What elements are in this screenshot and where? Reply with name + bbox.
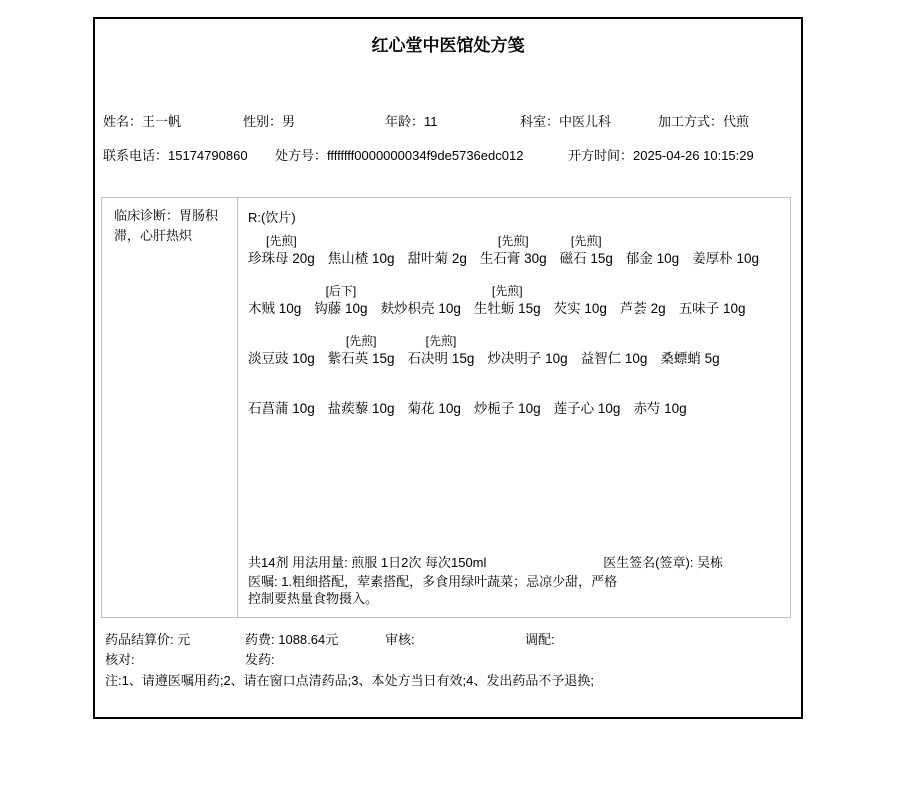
- medicine-item: 木贼 10g: [248, 284, 301, 319]
- prescription-sheet: 红心堂中医馆处方笺 姓名：王一帆性别：男年龄：11科室：中医儿科加工方式：代煎 …: [93, 17, 803, 719]
- medicine-item: 姜厚朴 10g: [692, 234, 759, 269]
- medicine-decoction-tag: [后下]: [314, 284, 367, 299]
- info-field: 开方时间：2025-04-26 10:15:29: [568, 147, 793, 164]
- footer-label: 药品结算价:: [105, 632, 174, 647]
- medicine-decoction-tag: [328, 384, 395, 399]
- footer-label: 审核:: [385, 632, 415, 647]
- usage-row: 共14剂 用法用量: 煎服 1日2次 每次150ml 医生签名(签章): 吴栋: [248, 554, 778, 572]
- medicine-name: 焦山楂 10g: [328, 249, 395, 269]
- medicine-decoction-tag: [554, 284, 607, 299]
- medicine-item: 郁金 10g: [626, 234, 679, 269]
- footer: 药品结算价: 元药费: 1088.64元审核:调配: 核对:发药: 注:1、请遵…: [95, 618, 801, 691]
- info-value: 中医儿科: [559, 114, 611, 129]
- medicine-decoction-tag: [581, 334, 648, 349]
- footer-field: 药品结算价: 元: [105, 630, 245, 650]
- patient-info: 姓名：王一帆性别：男年龄：11科室：中医儿科加工方式：代煎 联系电话：15174…: [95, 113, 801, 181]
- medicine-item: 桑螵蛸 5g: [660, 334, 719, 369]
- medicine-decoction-tag: [679, 284, 746, 299]
- medicine-decoction-tag: [248, 334, 315, 349]
- info-value: ffffffff0000000034f9de5736edc012: [327, 148, 523, 163]
- medicine-name: 桑螵蛸 5g: [660, 349, 719, 369]
- medicine-decoction-tag: [先煎]: [474, 284, 541, 299]
- medicine-item: 淡豆豉 10g: [248, 334, 315, 369]
- info-label: 加工方式：: [658, 114, 723, 129]
- info-label: 姓名：: [103, 114, 142, 129]
- info-field: 科室：中医儿科: [520, 113, 658, 130]
- medicine-decoction-tag: [554, 384, 621, 399]
- medicine-name: 钩藤 10g: [314, 299, 367, 319]
- medicine-item: [先煎]生牡蛎 15g: [474, 284, 541, 319]
- medicine-decoction-tag: [633, 384, 686, 399]
- info-field: 联系电话：15174790860: [103, 147, 275, 164]
- medicine-item: 石菖蒲 10g: [248, 384, 315, 419]
- medicine-item: 焦山楂 10g: [328, 234, 395, 269]
- spacer: [248, 428, 778, 554]
- medical-advice: 医嘱: 1.粗细搭配，荤素搭配，多食用绿叶蔬菜；忌凉少甜，严格控制要热量食物摄入…: [248, 573, 622, 607]
- footer-value: 元: [174, 632, 191, 647]
- info-field: 处方号：ffffffff0000000034f9de5736edc012: [275, 147, 568, 164]
- medicine-decoction-tag: [692, 234, 759, 249]
- medicine-item: 五味子 10g: [679, 284, 746, 319]
- medicine-name: 生牡蛎 15g: [474, 299, 541, 319]
- medicine-line-4: 石菖蒲 10g盐蒺藜 10g菊花 10g炒栀子 10g莲子心 10g赤芍 10g: [248, 384, 778, 419]
- info-label: 联系电话：: [103, 148, 168, 163]
- info-value: 2025-04-26 10:15:29: [633, 148, 754, 163]
- medicine-decoction-tag: [328, 234, 395, 249]
- medicine-item: 莲子心 10g: [554, 384, 621, 419]
- footer-value: 1088.64元: [275, 632, 339, 647]
- medicine-name: 生石膏 30g: [480, 249, 547, 269]
- medicine-decoction-tag: [381, 284, 461, 299]
- medicine-item: [先煎]石决明 15g: [408, 334, 475, 369]
- footer-field: 审核:: [385, 630, 525, 650]
- info-field: 姓名：王一帆: [103, 113, 243, 130]
- settlement-row-2: 核对:发药:: [105, 650, 791, 670]
- info-field: 年龄：11: [385, 113, 520, 130]
- info-label: 性别：: [243, 114, 282, 129]
- medicine-name: 五味子 10g: [679, 299, 746, 319]
- medicine-name: 益智仁 10g: [581, 349, 648, 369]
- medicine-name: 菊花 10g: [408, 399, 461, 419]
- rx-panel: R:(饮片) [先煎]珍珠母 20g焦山楂 10g甜叶菊 2g[先煎]生石膏 3…: [238, 198, 790, 617]
- medicine-item: 盐蒺藜 10g: [328, 384, 395, 419]
- medicine-decoction-tag: [先煎]: [408, 334, 475, 349]
- medicine-item: 炒栀子 10g: [474, 384, 541, 419]
- doctor-signature: 医生签名(签章): 吴栋: [603, 554, 778, 572]
- footer-field: 药费: 1088.64元: [245, 630, 385, 650]
- medicine-item: 炒决明子 10g: [487, 334, 567, 369]
- footer-label: 发药:: [245, 652, 275, 667]
- medicine-name: 芡实 10g: [554, 299, 607, 319]
- medicine-name: 炒栀子 10g: [474, 399, 541, 419]
- medicine-decoction-tag: [先煎]: [328, 334, 395, 349]
- medicine-item: [先煎]紫石英 15g: [328, 334, 395, 369]
- info-label: 处方号：: [275, 148, 327, 163]
- medicine-decoction-tag: [487, 334, 567, 349]
- medicine-decoction-tag: [先煎]: [480, 234, 547, 249]
- medicine-name: 芦荟 2g: [620, 299, 666, 319]
- medicine-decoction-tag: [660, 334, 719, 349]
- footer-field: 核对:: [105, 650, 245, 670]
- clinical-diagnosis: 临床诊断：胃肠积滞，心肝热炽: [102, 198, 238, 617]
- info-value: 15174790860: [168, 148, 248, 163]
- medicine-name: 紫石英 15g: [328, 349, 395, 369]
- medicine-line-3: 淡豆豉 10g[先煎]紫石英 15g[先煎]石决明 15g炒决明子 10g益智仁…: [248, 334, 778, 369]
- footer-field: 调配:: [525, 630, 555, 650]
- info-value: 王一帆: [142, 114, 181, 129]
- medicine-item: 麸炒枳壳 10g: [381, 284, 461, 319]
- medicine-decoction-tag: [248, 284, 301, 299]
- prescription-box: 临床诊断：胃肠积滞，心肝热炽 R:(饮片) [先煎]珍珠母 20g焦山楂 10g…: [101, 197, 791, 618]
- info-value: 男: [282, 114, 295, 129]
- footer-field: 发药:: [245, 650, 275, 670]
- medicine-name: 麸炒枳壳 10g: [381, 299, 461, 319]
- medicine-name: 珍珠母 20g: [248, 249, 315, 269]
- note-line: 注:1、请遵医嘱用药;2、请在窗口点清药品;3、本处方当日有效;4、发出药品不予…: [105, 671, 791, 691]
- medicine-decoction-tag: [248, 384, 315, 399]
- medicine-line-2: 木贼 10g[后下]钩藤 10g麸炒枳壳 10g[先煎]生牡蛎 15g芡实 10…: [248, 284, 778, 319]
- usage-text: 共14剂 用法用量: 煎服 1日2次 每次150ml: [248, 554, 486, 572]
- medicine-name: 磁石 15g: [560, 249, 613, 269]
- medicine-name: 淡豆豉 10g: [248, 349, 315, 369]
- rx-header: R:(饮片): [248, 208, 778, 228]
- medicine-name: 莲子心 10g: [554, 399, 621, 419]
- medicine-line-1: [先煎]珍珠母 20g焦山楂 10g甜叶菊 2g[先煎]生石膏 30g[先煎]磁…: [248, 234, 778, 269]
- info-field: 性别：男: [243, 113, 385, 130]
- info-label: 开方时间：: [568, 148, 633, 163]
- medicine-decoction-tag: [408, 234, 467, 249]
- medicine-name: 石决明 15g: [408, 349, 475, 369]
- info-value: 代煎: [723, 114, 749, 129]
- medicine-name: 赤芍 10g: [633, 399, 686, 419]
- medicine-name: 郁金 10g: [626, 249, 679, 269]
- medicine-decoction-tag: [620, 284, 666, 299]
- medicine-name: 盐蒺藜 10g: [328, 399, 395, 419]
- medicine-item: [先煎]磁石 15g: [560, 234, 613, 269]
- info-label: 年龄：: [385, 114, 424, 129]
- settlement-row-1: 药品结算价: 元药费: 1088.64元审核:调配:: [105, 630, 791, 650]
- medicine-decoction-tag: [408, 384, 461, 399]
- medicine-item: 芦荟 2g: [620, 284, 666, 319]
- medicine-item: [后下]钩藤 10g: [314, 284, 367, 319]
- medicine-name: 石菖蒲 10g: [248, 399, 315, 419]
- medicine-item: 益智仁 10g: [581, 334, 648, 369]
- medicine-decoction-tag: [474, 384, 541, 399]
- medicine-decoction-tag: [先煎]: [560, 234, 613, 249]
- info-value: 11: [424, 114, 438, 129]
- medicine-item: 菊花 10g: [408, 384, 461, 419]
- medicine-name: 甜叶菊 2g: [408, 249, 467, 269]
- medicine-item: [先煎]珍珠母 20g: [248, 234, 315, 269]
- footer-label: 调配:: [525, 632, 555, 647]
- medicine-name: 姜厚朴 10g: [692, 249, 759, 269]
- medicine-decoction-tag: [626, 234, 679, 249]
- medicine-item: [先煎]生石膏 30g: [480, 234, 547, 269]
- medicine-item: 芡实 10g: [554, 284, 607, 319]
- footer-label: 核对:: [105, 652, 135, 667]
- medicine-item: 甜叶菊 2g: [408, 234, 467, 269]
- info-field: 加工方式：代煎: [658, 113, 793, 130]
- page-title: 红心堂中医馆处方笺: [95, 35, 801, 57]
- info-label: 科室：: [520, 114, 559, 129]
- medicine-item: 赤芍 10g: [633, 384, 686, 419]
- medicine-decoction-tag: [先煎]: [248, 234, 315, 249]
- patient-info-row-2: 联系电话：15174790860处方号：ffffffff0000000034f9…: [103, 147, 793, 181]
- footer-label: 药费:: [245, 632, 275, 647]
- medicine-name: 炒决明子 10g: [487, 349, 567, 369]
- medicine-name: 木贼 10g: [248, 299, 301, 319]
- patient-info-row-1: 姓名：王一帆性别：男年龄：11科室：中医儿科加工方式：代煎: [103, 113, 793, 147]
